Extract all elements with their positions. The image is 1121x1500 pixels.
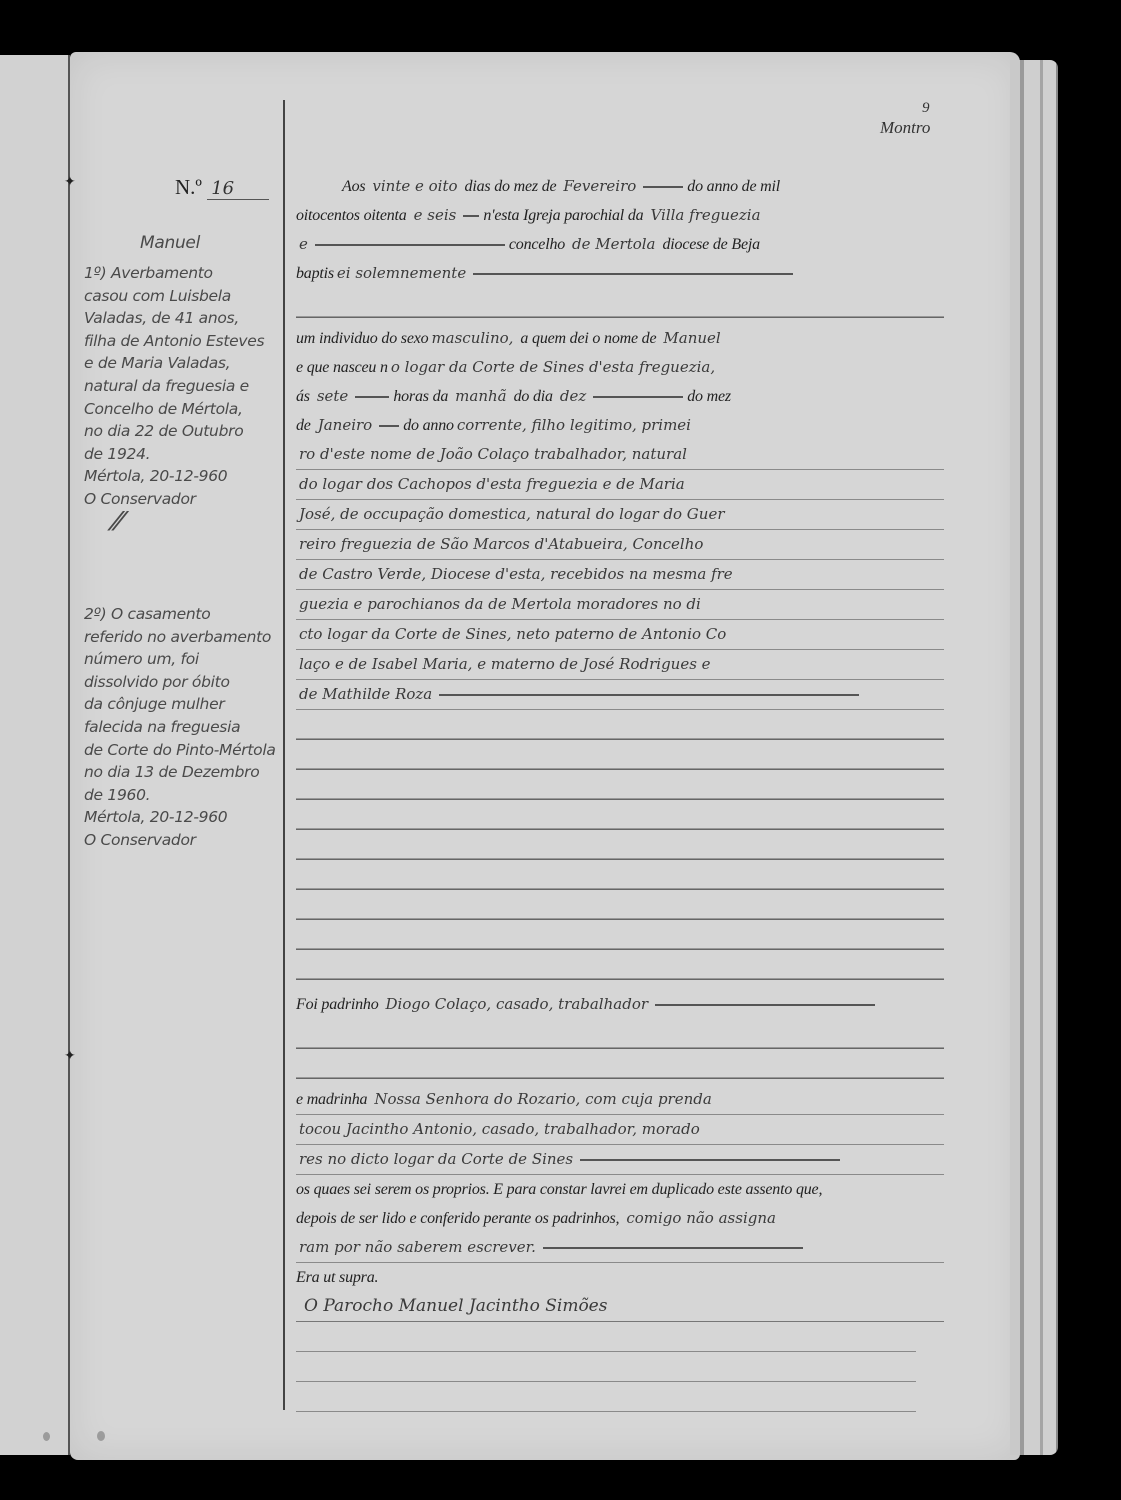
record-line: reiro freguezia de São Marcos d'Atabueir… (296, 530, 944, 560)
blank-ruled-line (296, 770, 944, 800)
godfather-line: Foi padrinho Diogo Colaço, casado, traba… (296, 990, 944, 1019)
baptism-record: Aos vinte e oito dias do mez de Fevereir… (296, 172, 944, 1412)
left-page-edge (0, 55, 70, 1455)
blank-ruled-line (296, 288, 944, 318)
record-line: do logar dos Cachopos d'esta freguezia e… (296, 470, 944, 500)
blank-ruled-line (296, 890, 944, 920)
record-line: ro d'este nome de João Colaço trabalhado… (296, 440, 944, 470)
binding-thread-mark: ✦ (64, 178, 74, 188)
blank-ruled-line (296, 1049, 944, 1079)
note-line: e de Maria Valadas, (84, 352, 284, 375)
blank-ruled-line (296, 920, 944, 950)
note-line: natural da freguesia e (84, 375, 284, 398)
blank-ruled-line (296, 710, 944, 740)
godmother-line: tocou Jacintho Antonio, casado, trabalha… (296, 1115, 944, 1145)
blank-ruled-line (296, 830, 944, 860)
note-line: de 1924. (84, 443, 284, 466)
note-line: casou com Luisbela (84, 285, 284, 308)
folio-place: Montro (880, 118, 930, 138)
record-line: oitocentos oitenta e seis n'esta Igreja … (296, 201, 944, 230)
entry-number-value: 16 (207, 178, 269, 200)
margin-note-2: 2º) O casamento referido no averbamento … (84, 603, 284, 852)
note-line: no dia 13 de Dezembro (84, 761, 284, 784)
godmother-line: res no dicto logar da Corte de Sines (296, 1145, 944, 1175)
blank-ruled-line (296, 950, 944, 980)
record-line: de Castro Verde, Diocese d'esta, recebid… (296, 560, 944, 590)
folio-number: 9 (922, 100, 930, 117)
closing-line: Era ut supra. (296, 1263, 944, 1292)
record-line: um individuo do sexomasculino, a quem de… (296, 324, 944, 353)
note-line: da cônjuge mulher (84, 693, 284, 716)
record-line: ás sete horas da manhã do dia dez do mez (296, 382, 944, 411)
record-line: guezia e parochianos da de Mertola morad… (296, 590, 944, 620)
record-line: José, de occupação domestica, natural do… (296, 500, 944, 530)
note-line: Valadas, de 41 anos, (84, 307, 284, 330)
record-line: de Janeiro do annocorrente, filho legiti… (296, 411, 944, 440)
priest-signature: O Parocho Manuel Jacintho Simões (296, 1292, 944, 1322)
note-line: filha de Antonio Esteves (84, 330, 284, 353)
note-line: de 1960. (84, 784, 284, 807)
record-line: cto logar da Corte de Sines, neto patern… (296, 620, 944, 650)
note-line: 1º) Averbamento (84, 262, 284, 285)
note-line: 2º) O casamento (84, 603, 284, 626)
closing-line: os quaes sei serem os proprios. E para c… (296, 1175, 944, 1204)
record-line: baptisei solemnemente (296, 259, 944, 288)
note-line: Mértola, 20-12-960 (84, 806, 284, 829)
margin-note-1: 1º) Averbamento casou com Luisbela Valad… (84, 262, 284, 551)
blank-ruled-line (296, 1352, 916, 1382)
note-line: falecida na freguesia (84, 716, 284, 739)
blank-ruled-line (296, 1322, 916, 1352)
note-line: referido no averbamento (84, 626, 284, 649)
ink-spot (97, 1431, 105, 1441)
note-line: número um, foi (84, 648, 284, 671)
binding-thread-mark: ✦ (64, 1052, 74, 1062)
note-line: de Corte do Pinto-Mértola (84, 739, 284, 762)
blank-ruled-line (296, 740, 944, 770)
closing-line: ram por não saberem escrever. (296, 1233, 944, 1263)
record-line: Aos vinte e oito dias do mez de Fevereir… (296, 172, 944, 201)
record-line: e concelho de Mertola diocese de Beja (296, 230, 944, 259)
page-stack-edge (1010, 60, 1058, 1455)
closing-line: depois de ser lido e conferido perante o… (296, 1204, 944, 1233)
note-line: Concelho de Mértola, (84, 398, 284, 421)
record-line: e que nasceu no logar da Corte de Sines … (296, 353, 944, 382)
note-line: O Conservador (84, 829, 284, 852)
record-line: de Mathilde Roza (296, 680, 944, 710)
ink-spot (43, 1432, 50, 1441)
note-line: no dia 22 de Outubro (84, 420, 284, 443)
blank-ruled-line (296, 860, 944, 890)
note-line: Mértola, 20-12-960 (84, 465, 284, 488)
conservator-signature-mark: ⁄⁄ (84, 511, 284, 551)
blank-ruled-line (296, 1382, 916, 1412)
entry-number-label: N.º (175, 175, 202, 199)
blank-ruled-line (296, 800, 944, 830)
note-line: dissolvido por óbito (84, 671, 284, 694)
record-line: laço e de Isabel Maria, e materno de Jos… (296, 650, 944, 680)
blank-ruled-line (296, 1019, 944, 1049)
entry-number: N.º 16 (175, 175, 269, 200)
godmother-line: e madrinha Nossa Senhora do Rozario, com… (296, 1085, 944, 1115)
